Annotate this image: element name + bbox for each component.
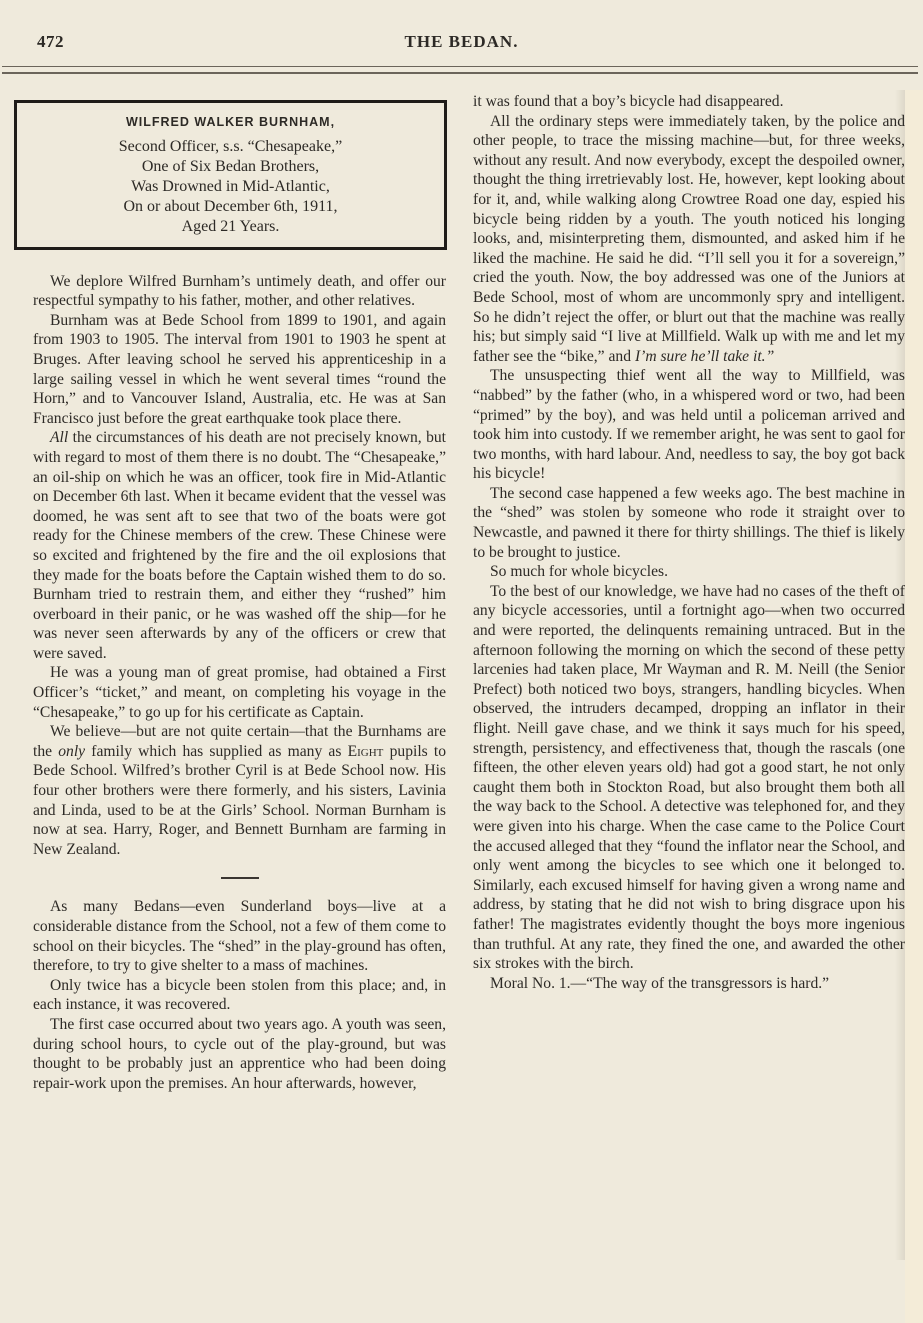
running-title: THE BEDAN. [0, 32, 923, 52]
memorial-line: Aged 21 Years. [25, 217, 436, 237]
italic-lead: All [50, 429, 68, 446]
paragraph: Burnham was at Bede School from 1899 to … [33, 311, 446, 429]
paragraph-text: family which has supplied as many as [91, 743, 341, 760]
memorial-line: One of Six Bedan Brothers, [25, 157, 436, 177]
paragraph-text: All the ordinary steps were immediately … [473, 113, 905, 365]
paragraph: Moral No. 1.—“The way of the transgresso… [473, 974, 905, 994]
memorial-box: WILFRED WALKER BURNHAM, Second Officer, … [14, 100, 447, 250]
header-rule [2, 66, 918, 74]
paragraph: So much for whole bicycles. [473, 562, 905, 582]
left-column: WILFRED WALKER BURNHAM, Second Officer, … [33, 92, 446, 1093]
paragraph: The second case happened a few weeks ago… [473, 484, 905, 562]
right-column: it was found that a boy’s bicycle had di… [473, 92, 905, 993]
page-edge [905, 90, 923, 1323]
paragraph: All the ordinary steps were immediately … [473, 112, 905, 367]
italic-quote: I’m sure he’ll take it.” [635, 348, 774, 365]
paragraph-text: pupils to Bede School. Wilfred’s brother… [33, 743, 446, 858]
page-header: 472 THE BEDAN. [0, 30, 923, 60]
scanned-page: 472 THE BEDAN. WILFRED WALKER BURNHAM, S… [0, 0, 923, 1323]
paragraph: The first case occurred about two years … [33, 1015, 446, 1093]
memorial-name: WILFRED WALKER BURNHAM, [25, 113, 436, 133]
paragraph: We deplore Wilfred Burnham’s untimely de… [33, 272, 446, 311]
paragraph-text: the circumstances of his death are not p… [33, 429, 446, 662]
paragraph: All the circumstances of his death are n… [33, 428, 446, 663]
paragraph: it was found that a boy’s bicycle had di… [473, 92, 905, 112]
paragraph: The unsuspecting thief went all the way … [473, 366, 905, 484]
memorial-line: On or about December 6th, 1911, [25, 197, 436, 217]
memorial-line: Was Drowned in Mid-Atlantic, [25, 177, 436, 197]
italic-word: only [58, 743, 85, 760]
paragraph: We believe—but are not quite certain—tha… [33, 722, 446, 859]
paragraph: He was a young man of great promise, had… [33, 663, 446, 722]
paragraph: To the best of our knowledge, we have ha… [473, 582, 905, 974]
smallcaps-word: Eight [348, 743, 384, 760]
paragraph: Only twice has a bicycle been stolen fro… [33, 976, 446, 1015]
memorial-line: Second Officer, s.s. “Chesapeake,” [25, 137, 436, 157]
paragraph: As many Bedans—even Sunderland boys—live… [33, 897, 446, 975]
section-divider [221, 877, 259, 879]
